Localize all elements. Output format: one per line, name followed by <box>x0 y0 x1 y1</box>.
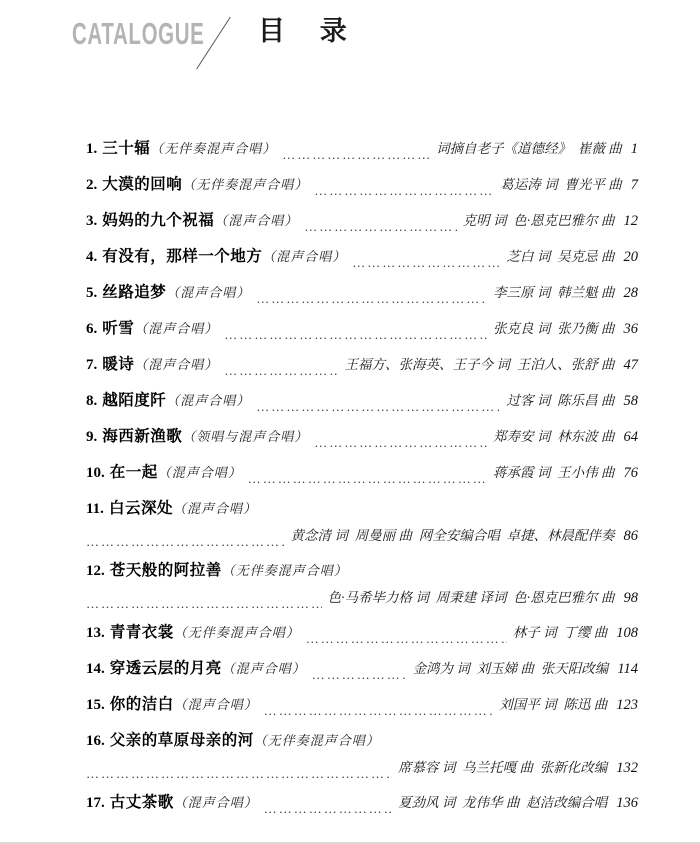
toc-entry: 6. 听雪 （混声合唱） 张克良 词 张乃衡 曲 36 <box>86 316 638 352</box>
entry-ensemble-type: （混声合唱） <box>166 390 250 409</box>
entry-number: 3. <box>86 213 97 230</box>
toc-entry: 11. 白云深处 （混声合唱） <box>86 496 638 524</box>
entry-credits: 郑寿安 词 林东波 曲 <box>493 425 615 445</box>
entry-number: 11. <box>86 501 104 518</box>
entry-title: 暖诗 <box>102 352 134 374</box>
dot-leader <box>86 766 392 782</box>
toc-entry: 4. 有没有，那样一个地方 （混声合唱） 芝白 词 吴克忌 曲 20 <box>86 244 638 280</box>
entry-credits: 刘国平 词 陈迅 曲 <box>499 693 607 713</box>
toc-entry: 7. 暖诗 （混声合唱） 王福方、张海英、王子今 词 王泊人、张舒 曲 47 <box>86 352 638 388</box>
entry-ensemble-type: （混声合唱） <box>173 498 257 517</box>
toc-entry-continuation: 黄念清 词 周曼丽 曲 网全安编合唱 卓捷、林晨配伴奏 86 <box>86 524 638 558</box>
entry-ensemble-type: （混声合唱） <box>174 792 258 811</box>
entry-title: 苍天般的阿拉善 <box>110 558 222 580</box>
entry-page-number: 36 <box>624 321 639 338</box>
toc-entry: 14. 穿透云层的月亮 （混声合唱） 金鸿为 词 刘玉娣 曲 张天阳改编 114 <box>86 656 638 692</box>
dot-leader <box>264 801 392 817</box>
entry-number: 7. <box>86 357 97 374</box>
entry-number: 6. <box>86 321 97 338</box>
entry-ensemble-type: （无伴奏混声合唱） <box>222 560 348 579</box>
entry-credits: 席慕容 词 乌兰托嘎 曲 张新化改编 <box>398 756 607 776</box>
entry-ensemble-type: （混声合唱） <box>166 282 250 301</box>
entry-number: 12. <box>86 563 105 580</box>
entry-title: 父亲的草原母亲的河 <box>110 728 254 750</box>
entry-number: 16. <box>86 733 105 750</box>
entry-number: 4. <box>86 249 97 266</box>
toc-entry: 2. 大漠的回响 （无伴奏混声合唱） 葛运涛 词 曹光平 曲 7 <box>86 172 638 208</box>
entry-credits: 过客 词 陈乐昌 曲 <box>507 389 615 409</box>
entry-ensemble-type: （无伴奏混声合唱） <box>174 622 300 641</box>
entry-number: 17. <box>86 795 105 812</box>
entry-credits: 词摘自老子《道德经》 崔薇 曲 <box>436 137 622 157</box>
entry-title: 在一起 <box>110 460 158 482</box>
entry-credits: 黄念清 词 周曼丽 曲 网全安编合唱 卓捷、林晨配伴奏 <box>291 524 615 544</box>
entry-credits: 蒋承霞 词 王小伟 曲 <box>493 461 615 481</box>
entry-ensemble-type: （混声合唱） <box>262 246 346 265</box>
dot-leader <box>282 147 430 163</box>
entry-number: 1. <box>86 141 97 158</box>
entry-page-number: 108 <box>616 625 638 642</box>
entry-title: 妈妈的九个祝福 <box>102 208 214 230</box>
entry-ensemble-type: （混声合唱） <box>222 658 306 677</box>
dot-leader <box>256 399 500 415</box>
entry-title: 白云深处 <box>109 496 173 518</box>
toc-entry-continuation: 席慕容 词 乌兰托嘎 曲 张新化改编 132 <box>86 756 638 790</box>
dot-leader <box>224 327 487 343</box>
toc-page: CATALOGUE 目 录 1. 三十辐 （无伴奏混声合唱） 词摘自老子《道德经… <box>0 0 700 844</box>
entry-page-number: 136 <box>616 795 638 812</box>
entry-number: 14. <box>86 661 105 678</box>
entry-ensemble-type: （无伴奏混声合唱） <box>150 138 276 157</box>
entry-page-number: 1 <box>631 141 638 158</box>
entry-number: 10. <box>86 465 105 482</box>
dot-leader <box>352 255 500 271</box>
entry-page-number: 58 <box>624 393 639 410</box>
entry-ensemble-type: （混声合唱） <box>214 210 298 229</box>
entry-title: 古丈茶歌 <box>110 790 174 812</box>
dot-leader <box>264 703 493 719</box>
entry-page-number: 64 <box>624 429 639 446</box>
toc-entry: 12. 苍天般的阿拉善 （无伴奏混声合唱） <box>86 558 638 586</box>
dot-leader <box>248 471 487 487</box>
entry-ensemble-type: （混声合唱） <box>158 462 242 481</box>
entry-credits: 克明 词 色·恩克巴雅尔 曲 <box>463 209 615 229</box>
entry-title: 大漠的回响 <box>102 172 182 194</box>
entry-page-number: 7 <box>631 177 638 194</box>
entry-page-number: 86 <box>624 528 639 545</box>
entry-credits: 色·马希毕力格 词 周秉建 译词 色·恩克巴雅尔 曲 <box>328 586 615 606</box>
entry-ensemble-type: （混声合唱） <box>174 694 258 713</box>
dot-leader <box>86 534 285 550</box>
dot-leader <box>304 219 456 235</box>
dot-leader <box>224 363 338 379</box>
entry-page-number: 76 <box>624 465 639 482</box>
toc-entry: 15. 你的洁白 （混声合唱） 刘国平 词 陈迅 曲 123 <box>86 692 638 728</box>
entry-title: 你的洁白 <box>110 692 174 714</box>
entry-ensemble-type: （混声合唱） <box>134 318 218 337</box>
toc-entry: 8. 越陌度阡 （混声合唱） 过客 词 陈乐昌 曲 58 <box>86 388 638 424</box>
entry-credits: 葛运涛 词 曹光平 曲 <box>500 173 622 193</box>
entry-number: 15. <box>86 697 105 714</box>
entry-title: 有没有，那样一个地方 <box>102 244 262 266</box>
entry-number: 5. <box>86 285 97 302</box>
entry-number: 8. <box>86 393 97 410</box>
dot-leader <box>314 435 487 451</box>
entry-credits: 王福方、张海英、王子今 词 王泊人、张舒 曲 <box>345 353 615 373</box>
entry-page-number: 12 <box>624 213 639 230</box>
entry-page-number: 132 <box>616 760 638 777</box>
entry-ensemble-type: （无伴奏混声合唱） <box>182 174 308 193</box>
toc-entry: 10. 在一起 （混声合唱） 蒋承霞 词 王小伟 曲 76 <box>86 460 638 496</box>
toc-list: 1. 三十辐 （无伴奏混声合唱） 词摘自老子《道德经》 崔薇 曲 1 2. 大漠… <box>86 136 638 826</box>
entry-number: 9. <box>86 429 97 446</box>
entry-credits: 芝白 词 吴克忌 曲 <box>507 245 615 265</box>
toc-entry: 1. 三十辐 （无伴奏混声合唱） 词摘自老子《道德经》 崔薇 曲 1 <box>86 136 638 172</box>
catalogue-label: CATALOGUE <box>72 18 204 49</box>
dot-leader <box>312 667 407 683</box>
entry-title: 越陌度阡 <box>102 388 166 410</box>
toc-entry: 9. 海西新渔歌 （领唱与混声合唱） 郑寿安 词 林东波 曲 64 <box>86 424 638 460</box>
entry-ensemble-type: （无伴奏混声合唱） <box>254 730 380 749</box>
entry-page-number: 123 <box>616 697 638 714</box>
entry-title: 三十辐 <box>102 136 150 158</box>
toc-entry-continuation: 色·马希毕力格 词 周秉建 译词 色·恩克巴雅尔 曲 98 <box>86 586 638 620</box>
entry-credits: 金鸿为 词 刘玉娣 曲 张天阳改编 <box>413 657 609 677</box>
dot-leader <box>256 291 487 307</box>
entry-ensemble-type: （领唱与混声合唱） <box>182 426 308 445</box>
entry-ensemble-type: （混声合唱） <box>134 354 218 373</box>
entry-title: 青青衣裳 <box>110 620 174 642</box>
toc-entry: 3. 妈妈的九个祝福 （混声合唱） 克明 词 色·恩克巴雅尔 曲 12 <box>86 208 638 244</box>
toc-entry: 5. 丝路追梦 （混声合唱） 李三原 词 韩兰魁 曲 28 <box>86 280 638 316</box>
entry-title: 丝路追梦 <box>102 280 166 302</box>
entry-page-number: 98 <box>624 590 639 607</box>
entry-page-number: 20 <box>624 249 639 266</box>
toc-entry: 16. 父亲的草原母亲的河 （无伴奏混声合唱） <box>86 728 638 756</box>
dot-leader <box>314 183 494 199</box>
entry-page-number: 28 <box>624 285 639 302</box>
entry-title: 海西新渔歌 <box>102 424 182 446</box>
dot-leader <box>306 631 507 647</box>
entry-credits: 林子 词 丁缨 曲 <box>513 621 608 641</box>
toc-entry: 17. 古丈茶歌 （混声合唱） 夏劲风 词 龙伟华 曲 赵洁改编合唱 136 <box>86 790 638 826</box>
entry-credits: 夏劲风 词 龙伟华 曲 赵洁改编合唱 <box>398 791 607 811</box>
entry-number: 2. <box>86 177 97 194</box>
entry-title: 听雪 <box>102 316 134 338</box>
entry-page-number: 47 <box>624 357 639 374</box>
entry-credits: 张克良 词 张乃衡 曲 <box>493 317 615 337</box>
entry-page-number: 114 <box>617 661 638 678</box>
dot-leader <box>86 596 322 612</box>
entry-title: 穿透云层的月亮 <box>110 656 222 678</box>
toc-entry: 13. 青青衣裳 （无伴奏混声合唱） 林子 词 丁缨 曲 108 <box>86 620 638 656</box>
page-title: 目 录 <box>258 18 361 45</box>
entry-number: 13. <box>86 625 105 642</box>
entry-credits: 李三原 词 韩兰魁 曲 <box>493 281 615 301</box>
